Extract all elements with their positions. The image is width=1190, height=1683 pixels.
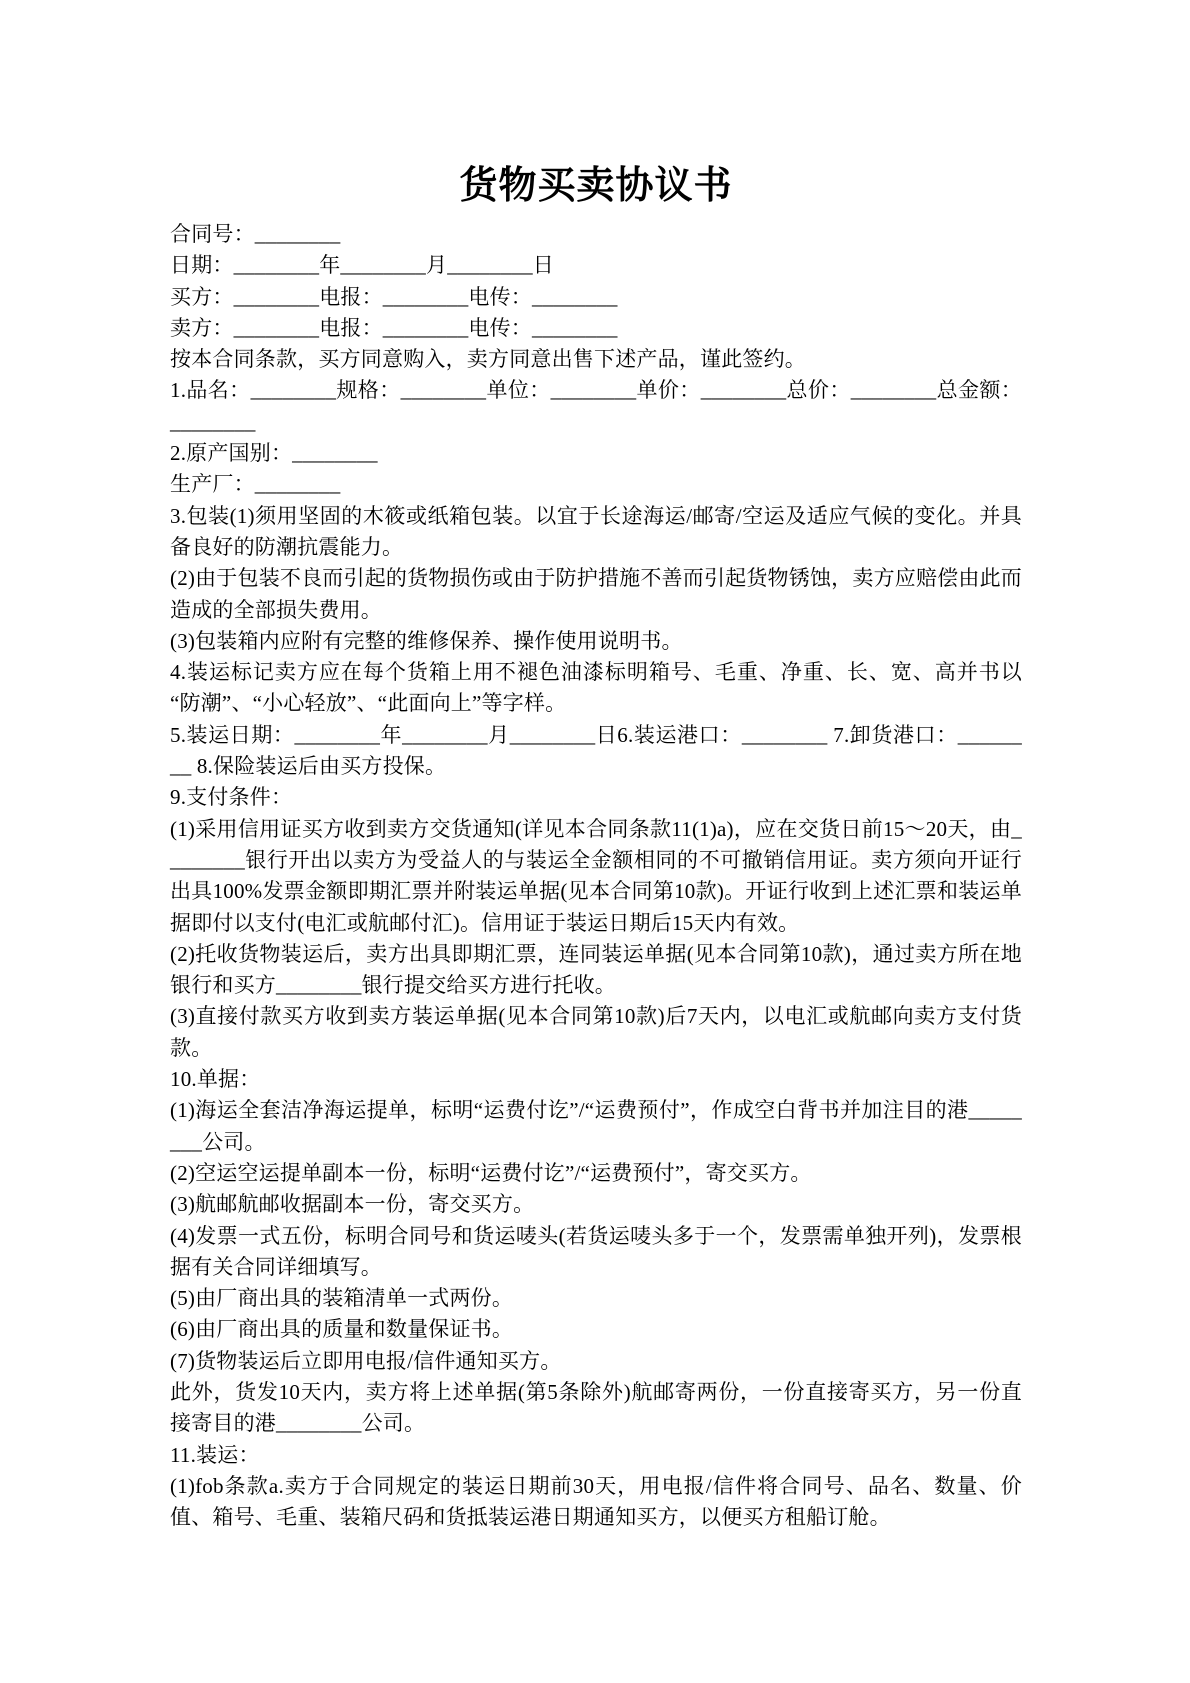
document-paragraph: (3)直接付款买方收到卖方装运单据(见本合同第10款)后7天内，以电汇或航邮向卖… [170, 1001, 1022, 1064]
document-paragraph: (3)航邮航邮收据副本一份，寄交买方。 [170, 1189, 1022, 1220]
document-body: 合同号：________日期：________年________月_______… [170, 219, 1022, 1533]
document-page: 货物买卖协议书 合同号：________日期：________年________… [0, 0, 1190, 1683]
document-paragraph: 9.支付条件： [170, 782, 1022, 813]
document-paragraph: 2.原产国别：________ [170, 438, 1022, 469]
document-paragraph: 卖方：________电报：________电传：________ [170, 313, 1022, 344]
document-paragraph: 生产厂：________ [170, 469, 1022, 500]
document-paragraph: 3.包装(1)须用坚固的木筱或纸箱包装。以宜于长途海运/邮寄/空运及适应气候的变… [170, 501, 1022, 564]
document-paragraph: (2)由于包装不良而引起的货物损伤或由于防护措施不善而引起货物锈蚀，卖方应赔偿由… [170, 563, 1022, 626]
document-paragraph: 买方：________电报：________电传：________ [170, 282, 1022, 313]
document-paragraph: 11.装运： [170, 1440, 1022, 1471]
document-paragraph: 1.品名：________规格：________单位：________单价：__… [170, 375, 1022, 438]
document-paragraph: (2)托收货物装运后，卖方出具即期汇票，连同装运单据(见本合同第10款)，通过卖… [170, 939, 1022, 1002]
document-paragraph: 合同号：________ [170, 219, 1022, 250]
document-paragraph: 5.装运日期：________年________月________日6.装运港口… [170, 720, 1022, 783]
document-paragraph: 此外，货发10天内，卖方将上述单据(第5条除外)航邮寄两份，一份直接寄买方，另一… [170, 1377, 1022, 1440]
document-paragraph: (1)采用信用证买方收到卖方交货通知(详见本合同条款11(1)a)，应在交货日前… [170, 814, 1022, 939]
document-paragraph: 10.单据： [170, 1064, 1022, 1095]
document-paragraph: (1)fob条款a.卖方于合同规定的装运日期前30天，用电报/信件将合同号、品名… [170, 1471, 1022, 1534]
document-paragraph: (1)海运全套洁净海运提单，标明“运费付讫”/“运费预付”，作成空白背书并加注目… [170, 1095, 1022, 1158]
document-paragraph: 日期：________年________月________日 [170, 250, 1022, 281]
document-paragraph: 按本合同条款，买方同意购入，卖方同意出售下述产品，谨此签约。 [170, 344, 1022, 375]
document-paragraph: (5)由厂商出具的装箱清单一式两份。 [170, 1283, 1022, 1314]
document-paragraph: (6)由厂商出具的质量和数量保证书。 [170, 1314, 1022, 1345]
document-paragraph: (3)包装箱内应附有完整的维修保养、操作使用说明书。 [170, 626, 1022, 657]
document-paragraph: 4.装运标记卖方应在每个货箱上用不褪色油漆标明箱号、毛重、净重、长、宽、高并书以… [170, 657, 1022, 720]
document-paragraph: (4)发票一式五份，标明合同号和货运唛头(若货运唛头多于一个，发票需单独开列)，… [170, 1221, 1022, 1284]
document-title: 货物买卖协议书 [170, 166, 1022, 206]
document-paragraph: (7)货物装运后立即用电报/信件通知买方。 [170, 1346, 1022, 1377]
document-paragraph: (2)空运空运提单副本一份，标明“运费付讫”/“运费预付”，寄交买方。 [170, 1158, 1022, 1189]
